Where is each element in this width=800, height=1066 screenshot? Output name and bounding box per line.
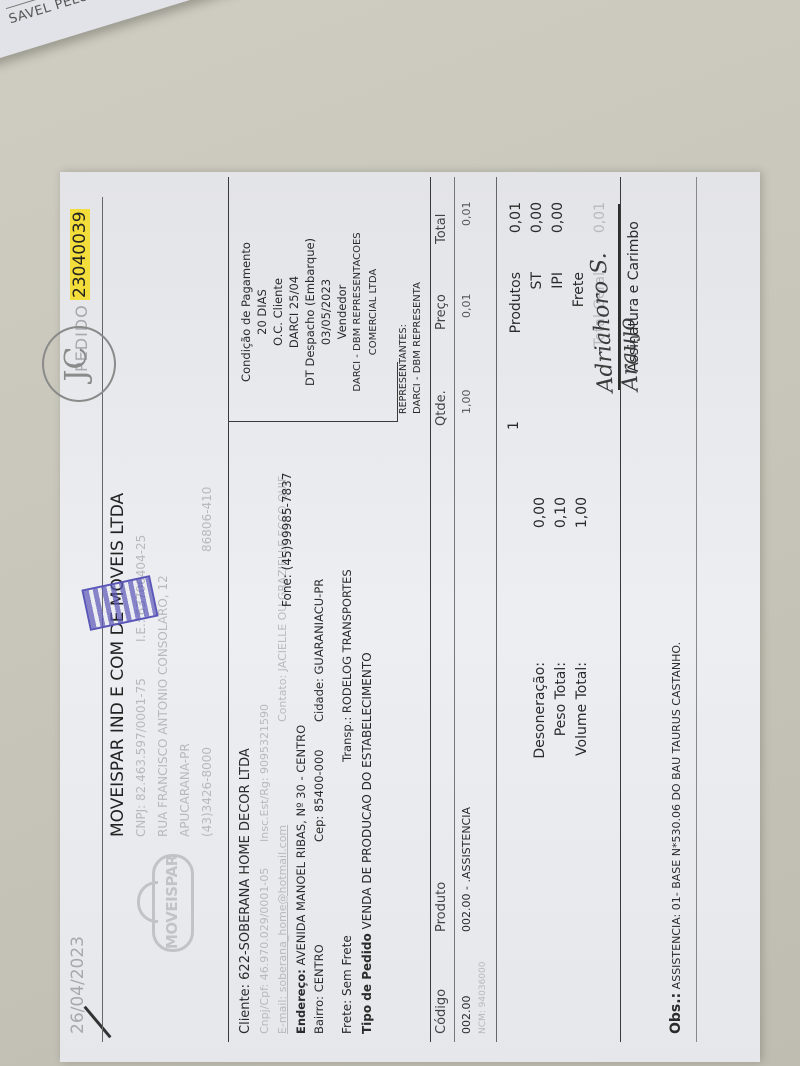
reps-value: DARCI - DBM REPRESENTA — [412, 282, 423, 414]
handwritten-circle-mark: JC — [42, 326, 116, 402]
client-phone-line: Fone: (45)99985-7837 — [280, 473, 294, 607]
totals-labels: Desoneração: Peso Total: Volume Total: — [530, 662, 593, 782]
client-cep-line: Cep: 85400-000 — [312, 749, 326, 842]
moveispar-logo: MOVEISPAR — [152, 854, 194, 952]
desoneracao-label: Desoneração: — [530, 662, 551, 782]
cell-produto: 002.00 - .ASSISTENCIA — [460, 807, 473, 932]
col-header-preco: Preço — [434, 294, 449, 330]
payment-label: Condição de Pagamento — [238, 212, 254, 412]
cell-total: 0,01 — [460, 202, 473, 227]
company-name: MOVEISPAR IND E COM DE MOVEIS LTDA — [108, 493, 128, 837]
client-cep: 85400-000 — [312, 749, 326, 812]
cep-label: Cep: — [312, 816, 326, 842]
dispatch-value: 03/05/2023 — [318, 212, 334, 412]
totals-values: 0,00 0,10 1,00 — [530, 497, 593, 557]
frete-label: Frete — [569, 272, 590, 362]
obs-label: Obs.: — [668, 993, 684, 1034]
client-insc-est: Insc.Est/Rg: 9095321590 — [258, 704, 271, 842]
phone-label: Fone: — [280, 574, 294, 607]
st-value: 0,00 — [527, 202, 548, 242]
logo-text: MOVEISPAR — [163, 855, 181, 949]
col-header-qtde: Qtde. — [434, 390, 449, 426]
obs-text: ASSISTENCIA: 01- BASE N*530.06 DO BAU TA… — [670, 642, 683, 989]
footer-divider — [696, 177, 697, 1042]
receipt-text: SAVEL PELO RECEBIMENT — [6, 0, 394, 27]
seller-line1: DARCI - DBM REPRESENTACOES — [350, 212, 366, 412]
seller-line2: COMERCIAL LTDA — [366, 212, 382, 412]
side-divider — [228, 421, 398, 422]
company-divider — [228, 177, 229, 1042]
col-header-codigo: Código — [434, 989, 449, 1034]
cell-ncm: NCM: 94036000 — [478, 962, 488, 1034]
reps-divider — [397, 362, 398, 422]
table-top-border — [430, 177, 431, 1042]
ipi-value: 0,00 — [548, 202, 569, 242]
district-label: Bairro: — [312, 996, 326, 1034]
payment-value: 20 DIAS — [254, 212, 270, 412]
client-district: CENTRO — [312, 944, 326, 992]
peso-label: Peso Total: — [551, 662, 572, 782]
volume-label: Volume Total: — [572, 662, 593, 782]
table-header-border — [454, 177, 455, 1042]
company-city: APUCARANA-PR — [178, 743, 192, 837]
oc-label: O.C. Cliente — [270, 212, 286, 412]
client-phone: (45)99985-7837 — [280, 473, 294, 571]
cell-qtde: 1,00 — [460, 390, 473, 415]
signature-line — [618, 204, 620, 390]
client-name: 622-SOBERANA HOME DECOR LTDA — [238, 748, 253, 980]
order-date: 26/04/2023 — [68, 936, 88, 1034]
order-type-value: VENDA DE PRODUCAO DO ESTABELECIMENTO — [360, 652, 374, 929]
signature-label: Assinatura e Carimbo — [626, 221, 642, 372]
volume-value: 1,00 — [572, 497, 593, 557]
client-address-line: Endereço: AVENIDA MANOEL RIBAS, Nº 30 - … — [294, 725, 308, 1034]
company-phone: (43)3426-8000 — [200, 747, 214, 837]
st-label: ST — [527, 272, 548, 362]
client-address: AVENIDA MANOEL RIBAS, Nº 30 - CENTRO — [294, 725, 308, 966]
freight-label: Frete: — [340, 1000, 354, 1034]
peso-value: 0,10 — [551, 497, 572, 557]
order-type-line: Tipo de Pedido VENDA DE PRODUCAO DO ESTA… — [360, 652, 374, 1034]
ipi-label: IPI — [548, 272, 569, 362]
carrier-label: Transp.: — [340, 717, 354, 762]
company-cep: 86806-410 — [200, 487, 214, 552]
table-bottom-border — [496, 177, 497, 1042]
freight-value: Sem Frete — [340, 935, 354, 996]
side-info-block: Condição de Pagamento 20 DIAS O.C. Clien… — [238, 212, 382, 412]
city-label: Cidade: — [312, 678, 326, 722]
background-receipt: SAVEL PELO RECEBIMENT — [0, 0, 478, 64]
client-district-line: Bairro: CENTRO — [312, 944, 326, 1034]
order-type-label: Tipo de Pedido — [360, 933, 374, 1034]
cell-preco: 0,01 — [460, 294, 473, 319]
carrier-line: Transp.: RODELOG TRANSPORTES — [340, 569, 354, 762]
produtos-value: 0,01 — [506, 202, 527, 242]
order-document-wrapper: 26/04/2023 PEDIDO 23040039 MOVEISPAR MOV… — [60, 172, 760, 1062]
col-header-total: Total — [434, 214, 449, 244]
client-city-line: Cidade: GUARANIACU-PR — [312, 579, 326, 722]
client-label: Cliente: — [238, 984, 253, 1034]
carrier-value: RODELOG TRANSPORTES — [340, 569, 354, 713]
cell-codigo: 002.00 — [460, 996, 473, 1035]
client-email: E-mail: soberana_home@hotmail.com — [276, 825, 289, 1034]
col-header-produto: Produto — [434, 882, 449, 932]
company-cnpj: CNPJ: 82.463.597/0001-75 — [134, 678, 148, 837]
desoneracao-value: 0,00 — [530, 497, 551, 557]
client-city: GUARANIACU-PR — [312, 579, 326, 675]
order-document: 26/04/2023 PEDIDO 23040039 MOVEISPAR MOV… — [60, 172, 760, 1062]
obs-line: Obs.: ASSISTENCIA: 01- BASE N*530.06 DO … — [668, 642, 684, 1034]
address-label: Endereço: — [294, 969, 308, 1034]
produtos-label: Produtos — [506, 272, 527, 362]
client-line: Cliente: 622-SOBERANA HOME DECOR LTDA — [238, 748, 253, 1034]
dispatch-label: DT Despacho (Embarque) — [302, 212, 318, 412]
freight-line: Frete: Sem Frete — [340, 935, 354, 1034]
seller-label: Vendedor — [334, 212, 350, 412]
order-number: 23040039 — [70, 209, 90, 300]
client-cnpj: Cnpj/Cpf: 46.970.029/0001-05 — [258, 868, 271, 1034]
oc-value: DARCI 25/04 — [286, 212, 302, 412]
item-count: 1 — [506, 421, 522, 430]
reps-label: REPRESENTANTES: — [398, 324, 409, 414]
